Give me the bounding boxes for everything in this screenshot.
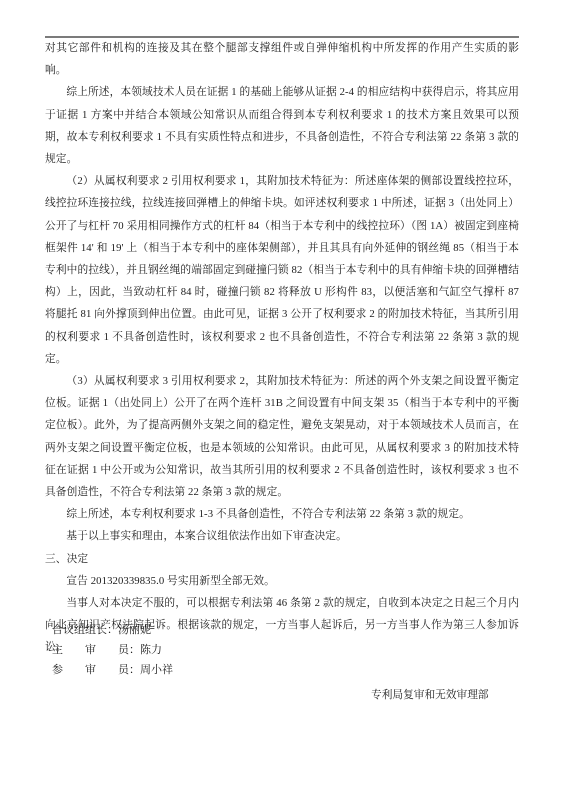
signature-row: 参 审 员：周小祥 <box>52 660 173 680</box>
document-page: 对其它部件和机构的连接及其在整个腿部支撑组件或自弹伸缩机构中所发挥的作用产生实质… <box>0 0 565 800</box>
signature-name: 陈力 <box>140 644 162 656</box>
signature-row: 主 审 员：陈力 <box>52 640 173 660</box>
paragraph: （3）从属权利要求 3 引用权利要求 2，其附加技术特征为：所述的两个外支架之间… <box>45 370 519 503</box>
signature-block: 合议组组长：汤丽妮主 审 员：陈力参 审 员：周小祥 <box>52 620 173 680</box>
paragraph: 综上所述，本专利权利要求 1-3 不具备创造性，不符合专利法第 22 条第 3 … <box>45 503 519 525</box>
paragraph: 基于以上事实和理由，本案合议组依法作出如下审查决定。 <box>45 525 519 547</box>
signature-role: 参 审 员： <box>52 664 140 676</box>
paragraph: 综上所述，本领域技术人员在证据 1 的基础上能够从证据 2-4 的相应结构中获得… <box>45 81 519 170</box>
section-heading: 三、决定 <box>45 548 519 570</box>
signature-name: 周小祥 <box>140 664 173 676</box>
document-body: 对其它部件和机构的连接及其在整个腿部支撑组件或自弹伸缩机构中所发挥的作用产生实质… <box>45 37 519 659</box>
paragraph: 宣告 201320339835.0 号实用新型全部无效。 <box>45 570 519 592</box>
signature-role: 合议组组长： <box>52 624 118 636</box>
paragraph: 对其它部件和机构的连接及其在整个腿部支撑组件或自弹伸缩机构中所发挥的作用产生实质… <box>45 37 519 81</box>
paragraph: （2）从属权利要求 2 引用权利要求 1，其附加技术特征为：所述座体架的侧部设置… <box>45 170 519 370</box>
department-line: 专利局复审和无效审理部 <box>371 687 489 702</box>
signature-row: 合议组组长：汤丽妮 <box>52 620 173 640</box>
signature-name: 汤丽妮 <box>118 624 151 636</box>
signature-role: 主 审 员： <box>52 644 140 656</box>
